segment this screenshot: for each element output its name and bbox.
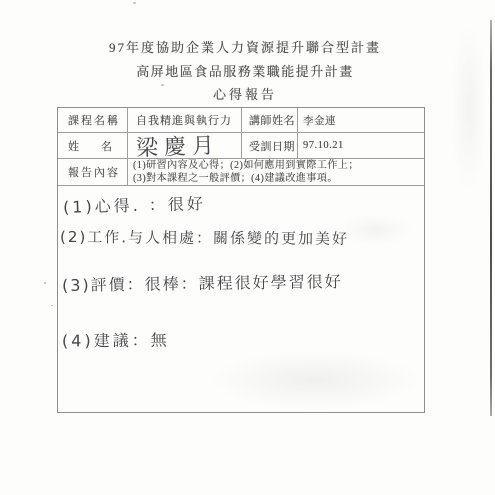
handwritten-answer-4: (4)建議：無 bbox=[62, 328, 170, 352]
handwritten-answer-2: (2)工作.与人相處：關係變的更加美好 bbox=[60, 226, 349, 249]
report-instructions-line-1: (1)研習內容及心得；(2)如何應用到實際工作上； bbox=[133, 159, 359, 172]
trainee-name-cell: 梁慶月 bbox=[128, 133, 242, 159]
course-name-value: 自我精進與執行力 bbox=[128, 108, 242, 133]
instructor-value: 李金連 bbox=[298, 108, 424, 133]
handwritten-answer-1: (1)心得. ：很好 bbox=[63, 191, 206, 218]
trainee-name-handwritten: 梁慶月 bbox=[135, 133, 220, 159]
training-date-label: 受訓日期 bbox=[242, 133, 298, 159]
report-content-label: 報告內容 bbox=[58, 159, 128, 186]
report-form-table: 課程名稱 自我精進與執行力 講師姓名 李金連 姓 名 梁慶月 受訓日期 97.1… bbox=[57, 107, 425, 413]
scan-right-edge-line bbox=[490, 20, 492, 416]
instructor-label: 講師姓名 bbox=[242, 108, 298, 133]
scanned-report-page: 97年度協助企業人力資源提升聯合型計畫 高屏地區食品服務業職能提升計畫 心得報告… bbox=[0, 0, 495, 495]
course-name-label: 課程名稱 bbox=[58, 108, 128, 133]
scan-smudge bbox=[452, 28, 486, 188]
handwritten-answer-3: (3)評價：很棒：課程很好學習很好 bbox=[62, 269, 343, 296]
scan-speck bbox=[161, 84, 164, 86]
sub-program-title: 高屏地區食品服務業職能提升計畫 bbox=[50, 61, 440, 80]
trainee-name-label: 姓 名 bbox=[58, 133, 128, 159]
training-date-value: 97.10.21 bbox=[298, 133, 424, 159]
report-title: 心得報告 bbox=[50, 84, 440, 103]
scan-speck bbox=[133, 2, 136, 4]
scan-speck bbox=[44, 282, 46, 284]
report-instructions-line-2: (3)對本課程之一般評價；(4)建議改進事項。 bbox=[133, 172, 338, 185]
scan-speck bbox=[51, 305, 53, 306]
program-title: 97年度協助企業人力資源提升聯合型計畫 bbox=[50, 37, 440, 56]
handwritten-answers-cell: (1)心得. ：很好 (2)工作.与人相處：關係變的更加美好 (3)評價：很棒：… bbox=[58, 186, 424, 412]
report-instructions: (1)研習內容及心得；(2)如何應用到實際工作上； (3)對本課程之一般評價；(… bbox=[128, 159, 424, 186]
